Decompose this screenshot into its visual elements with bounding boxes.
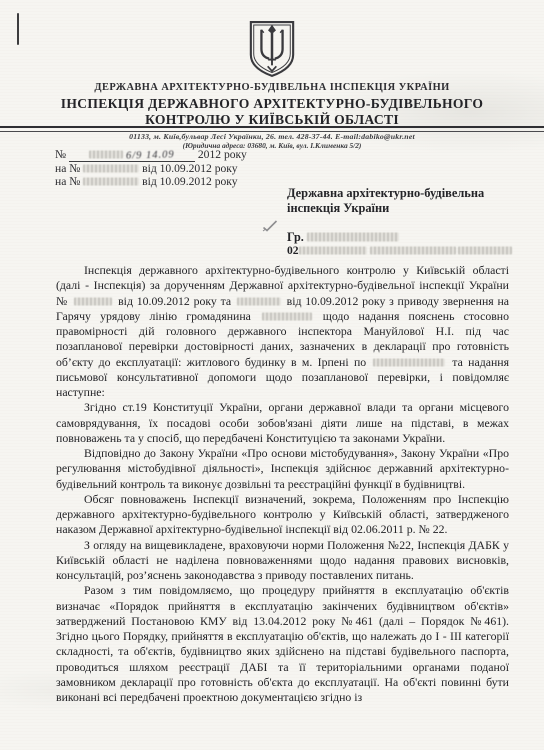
addressee-postal-start: 02 (287, 244, 299, 257)
body-text: від 10.09.2012 року та (114, 294, 235, 308)
handwritten-number: 6/9 14.09 (126, 149, 175, 161)
recipient-org-line1: Державна архітектурно-будівельна (287, 186, 522, 201)
redacted-text (83, 178, 139, 186)
redacted-text (74, 297, 113, 305)
letterhead-address: 01133, м. Київ,бульвар Лесі Українки, 26… (0, 132, 544, 141)
letterhead-parent-org: ДЕРЖАВНА АРХІТЕКТУРНО-БУДІВЕЛЬНА ІНСПЕКЦ… (0, 82, 544, 93)
body-text: Згідно ст.19 Конституції України, органи… (56, 400, 509, 445)
outgoing-number-suffix: 2012 року (198, 148, 247, 161)
incoming-prefix: на № (55, 175, 80, 188)
incoming-suffix: від 10.09.2012 року (142, 175, 237, 188)
body-paragraph: Згідно ст.19 Конституції України, органи… (56, 400, 509, 446)
redacted-text (262, 312, 312, 320)
body-text: Відповідно до Закону України «Про основи… (56, 446, 509, 491)
body-text: Обсяг повноважень Інспекції визначений, … (56, 492, 509, 537)
body-paragraph: Відповідно до Закону України «Про основи… (56, 446, 509, 492)
outgoing-number-field: 6/9 14.09 (69, 149, 195, 162)
body-text: Разом з тим повідомляємо, що процедуру п… (56, 583, 509, 704)
incoming-suffix: від 10.09.2012 року (142, 162, 237, 175)
addressee-prefix: Гр. (287, 230, 304, 244)
body-paragraph: Разом з тим повідомляємо, що процедуру п… (56, 583, 509, 705)
redacted-text (458, 247, 512, 255)
addressee-address-line: 02 (287, 244, 512, 257)
addressee-line: Гр. (287, 230, 399, 245)
redacted-text (370, 247, 456, 255)
scanned-letter-page: ДЕРЖАВНА АРХІТЕКТУРНО-БУДІВЕЛЬНА ІНСПЕКЦ… (0, 0, 544, 750)
outgoing-number-line: № 6/9 14.09 2012 року (55, 148, 247, 162)
letterhead-org-title-line2: КОНТРОЛЮ У КИЇВСЬКІЙ ОБЛАСТІ (0, 112, 544, 128)
scan-artifact-line (17, 13, 19, 45)
handwritten-checkmark (262, 219, 278, 237)
incoming-prefix: на № (55, 162, 80, 175)
reference-block: № 6/9 14.09 2012 року на № від 10.09.201… (55, 148, 247, 189)
outgoing-number-prefix: № (55, 148, 66, 161)
incoming-number-line: на № від 10.09.2012 року (55, 162, 247, 175)
redacted-text (83, 165, 139, 173)
redacted-text (373, 358, 445, 366)
letterhead-org-title-line1: ІНСПЕКЦІЯ ДЕРЖАВНОГО АРХІТЕКТУРНО-БУДІВЕ… (0, 96, 544, 112)
body-paragraph: Інспекція державного архітектурно-будіве… (56, 263, 509, 400)
body-paragraph: Обсяг повноважень Інспекції визначений, … (56, 492, 509, 538)
letter-body: Інспекція державного архітектурно-будіве… (56, 263, 509, 705)
redacted-name (307, 233, 399, 242)
body-paragraph: З огляду на вищевикладене, враховуючи но… (56, 538, 509, 584)
redacted-text (299, 247, 367, 255)
ukraine-trident-emblem (247, 20, 297, 83)
recipient-org: Державна архітектурно-будівельна інспекц… (287, 186, 522, 216)
letterhead-org-title: ІНСПЕКЦІЯ ДЕРЖАВНОГО АРХІТЕКТУРНО-БУДІВЕ… (0, 96, 544, 127)
body-text: З огляду на вищевикладене, враховуючи но… (56, 538, 509, 583)
recipient-org-line2: інспекція України (287, 201, 522, 216)
redacted-text (89, 151, 123, 159)
redacted-text (237, 297, 281, 305)
incoming-number-line: на № від 10.09.2012 року (55, 175, 247, 188)
